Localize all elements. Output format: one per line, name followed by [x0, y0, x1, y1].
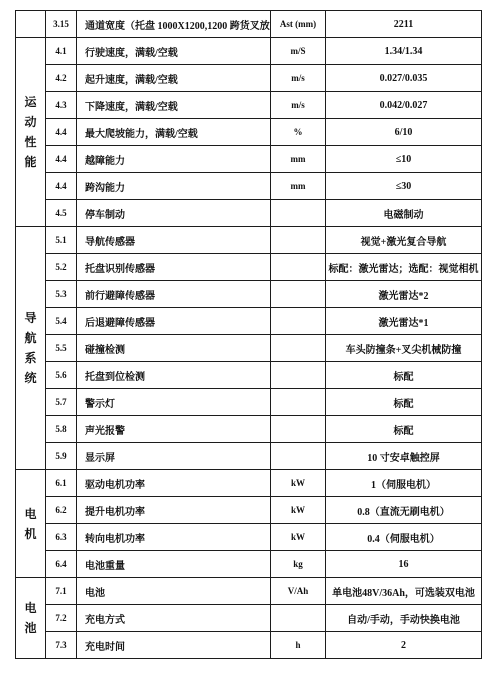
unit-cell: mm [271, 146, 326, 173]
table-row: 5.8声光报警标配 [16, 416, 482, 443]
row-number-cell: 3.15 [46, 11, 77, 38]
value-cell: 6/10 [326, 119, 482, 146]
unit-cell [271, 362, 326, 389]
item-name-cell: 碰撞检测 [77, 335, 271, 362]
row-number-cell: 4.1 [46, 38, 77, 65]
item-name-cell: 充电时间 [77, 632, 271, 659]
item-name-cell: 跨沟能力 [77, 173, 271, 200]
unit-cell [271, 254, 326, 281]
value-cell: 电磁制动 [326, 200, 482, 227]
value-cell: 0.4（伺服电机） [326, 524, 482, 551]
item-name-cell: 转向电机功率 [77, 524, 271, 551]
row-number-cell: 6.4 [46, 551, 77, 578]
value-cell: 激光雷达*1 [326, 308, 482, 335]
unit-cell: h [271, 632, 326, 659]
table-row: 5.7警示灯标配 [16, 389, 482, 416]
item-name-cell: 行驶速度，满载/空载 [77, 38, 271, 65]
table-row: 运动性能4.1行驶速度，满载/空载m/S1.34/1.34 [16, 38, 482, 65]
unit-cell [271, 281, 326, 308]
unit-cell: mm [271, 173, 326, 200]
value-cell: ≤30 [326, 173, 482, 200]
row-number-cell: 4.2 [46, 65, 77, 92]
unit-cell: m/S [271, 38, 326, 65]
document-page: 3.15通道宽度（托盘 1000X1200,1200 跨货叉放置）Ast (mm… [0, 0, 497, 681]
item-name-cell: 声光报警 [77, 416, 271, 443]
item-name-cell: 显示屏 [77, 443, 271, 470]
table-row: 5.6托盘到位检测标配 [16, 362, 482, 389]
item-name-cell: 驱动电机功率 [77, 470, 271, 497]
item-name-cell: 下降速度，满载/空载 [77, 92, 271, 119]
category-label: 电机 [24, 504, 38, 544]
row-number-cell: 6.2 [46, 497, 77, 524]
table-row: 4.2起升速度，满载/空载m/s0.027/0.035 [16, 65, 482, 92]
value-cell: 标配 [326, 416, 482, 443]
value-cell: 10 寸安卓触控屏 [326, 443, 482, 470]
row-number-cell: 5.3 [46, 281, 77, 308]
table-row: 4.5停车制动电磁制动 [16, 200, 482, 227]
table-row: 4.4越障能力mm≤10 [16, 146, 482, 173]
item-name-cell: 充电方式 [77, 605, 271, 632]
category-cell: 电机 [16, 470, 46, 578]
value-cell: 标配：激光雷达；选配：视觉相机 [326, 254, 482, 281]
value-cell: 标配 [326, 389, 482, 416]
value-cell: 标配 [326, 362, 482, 389]
item-name-cell: 最大爬坡能力，满载/空载 [77, 119, 271, 146]
row-number-cell: 5.7 [46, 389, 77, 416]
table-row: 导航系统5.1导航传感器视觉+激光复合导航 [16, 227, 482, 254]
table-row: 5.3前行避障传感器激光雷达*2 [16, 281, 482, 308]
table-row: 7.3充电时间h2 [16, 632, 482, 659]
row-number-cell: 5.1 [46, 227, 77, 254]
row-number-cell: 4.4 [46, 173, 77, 200]
unit-cell [271, 227, 326, 254]
unit-cell: m/s [271, 92, 326, 119]
row-number-cell: 7.2 [46, 605, 77, 632]
row-number-cell: 5.4 [46, 308, 77, 335]
row-number-cell: 5.5 [46, 335, 77, 362]
value-cell: 2 [326, 632, 482, 659]
unit-cell [271, 389, 326, 416]
item-name-cell: 托盘到位检测 [77, 362, 271, 389]
value-cell: 1.34/1.34 [326, 38, 482, 65]
row-number-cell: 5.6 [46, 362, 77, 389]
unit-cell: kW [271, 497, 326, 524]
value-cell: 0.8（直流无刷电机） [326, 497, 482, 524]
value-cell: 16 [326, 551, 482, 578]
table-row: 4.4跨沟能力mm≤30 [16, 173, 482, 200]
category-cell: 电池 [16, 578, 46, 659]
item-name-cell: 通道宽度（托盘 1000X1200,1200 跨货叉放置） [77, 11, 271, 38]
unit-cell: m/s [271, 65, 326, 92]
table-row: 6.2提升电机功率kW0.8（直流无刷电机） [16, 497, 482, 524]
table-row: 电机6.1驱动电机功率kW1（伺服电机） [16, 470, 482, 497]
value-cell: 0.027/0.035 [326, 65, 482, 92]
unit-cell [271, 308, 326, 335]
row-number-cell: 5.8 [46, 416, 77, 443]
table-row: 电池7.1电池V/Ah单电池48V/36Ah，可选装双电池 [16, 578, 482, 605]
unit-cell [271, 200, 326, 227]
item-name-cell: 电池重量 [77, 551, 271, 578]
row-number-cell: 4.4 [46, 146, 77, 173]
value-cell: 自动/手动，手动快换电池 [326, 605, 482, 632]
row-number-cell: 7.3 [46, 632, 77, 659]
row-number-cell: 4.4 [46, 119, 77, 146]
row-number-cell: 4.5 [46, 200, 77, 227]
item-name-cell: 导航传感器 [77, 227, 271, 254]
value-cell: 车头防撞条+叉尖机械防撞 [326, 335, 482, 362]
table-row: 5.9显示屏10 寸安卓触控屏 [16, 443, 482, 470]
category-cell: 导航系统 [16, 227, 46, 470]
unit-cell [271, 443, 326, 470]
spec-table: 3.15通道宽度（托盘 1000X1200,1200 跨货叉放置）Ast (mm… [15, 10, 482, 659]
unit-cell [271, 335, 326, 362]
table-row: 6.3转向电机功率kW0.4（伺服电机） [16, 524, 482, 551]
table-row: 3.15通道宽度（托盘 1000X1200,1200 跨货叉放置）Ast (mm… [16, 11, 482, 38]
item-name-cell: 托盘识别传感器 [77, 254, 271, 281]
category-label: 电池 [24, 598, 38, 638]
table-row: 7.2充电方式自动/手动，手动快换电池 [16, 605, 482, 632]
item-name-cell: 后退避障传感器 [77, 308, 271, 335]
unit-cell: kW [271, 470, 326, 497]
row-number-cell: 5.9 [46, 443, 77, 470]
item-name-cell: 停车制动 [77, 200, 271, 227]
row-number-cell: 5.2 [46, 254, 77, 281]
table-row: 5.4后退避障传感器激光雷达*1 [16, 308, 482, 335]
value-cell: 0.042/0.027 [326, 92, 482, 119]
category-cell: 运动性能 [16, 38, 46, 227]
unit-cell: Ast (mm) [271, 11, 326, 38]
table-row: 5.2托盘识别传感器标配：激光雷达；选配：视觉相机 [16, 254, 482, 281]
unit-cell: kW [271, 524, 326, 551]
category-label: 导航系统 [24, 308, 38, 388]
row-number-cell: 7.1 [46, 578, 77, 605]
row-number-cell: 6.1 [46, 470, 77, 497]
item-name-cell: 起升速度，满载/空载 [77, 65, 271, 92]
table-row: 4.3下降速度，满载/空载m/s0.042/0.027 [16, 92, 482, 119]
unit-cell [271, 605, 326, 632]
spec-table-body: 3.15通道宽度（托盘 1000X1200,1200 跨货叉放置）Ast (mm… [16, 11, 482, 659]
item-name-cell: 前行避障传感器 [77, 281, 271, 308]
value-cell: 视觉+激光复合导航 [326, 227, 482, 254]
value-cell: ≤10 [326, 146, 482, 173]
table-row: 5.5碰撞检测车头防撞条+叉尖机械防撞 [16, 335, 482, 362]
row-number-cell: 6.3 [46, 524, 77, 551]
category-label: 运动性能 [24, 92, 38, 172]
item-name-cell: 警示灯 [77, 389, 271, 416]
item-name-cell: 电池 [77, 578, 271, 605]
unit-cell: kg [271, 551, 326, 578]
unit-cell: % [271, 119, 326, 146]
value-cell: 1（伺服电机） [326, 470, 482, 497]
row-number-cell: 4.3 [46, 92, 77, 119]
item-name-cell: 越障能力 [77, 146, 271, 173]
table-row: 6.4电池重量kg16 [16, 551, 482, 578]
table-row: 4.4最大爬坡能力，满载/空载%6/10 [16, 119, 482, 146]
value-cell: 激光雷达*2 [326, 281, 482, 308]
value-cell: 单电池48V/36Ah，可选装双电池 [326, 578, 482, 605]
category-cell [16, 11, 46, 38]
item-name-cell: 提升电机功率 [77, 497, 271, 524]
unit-cell: V/Ah [271, 578, 326, 605]
unit-cell [271, 416, 326, 443]
value-cell: 2211 [326, 11, 482, 38]
